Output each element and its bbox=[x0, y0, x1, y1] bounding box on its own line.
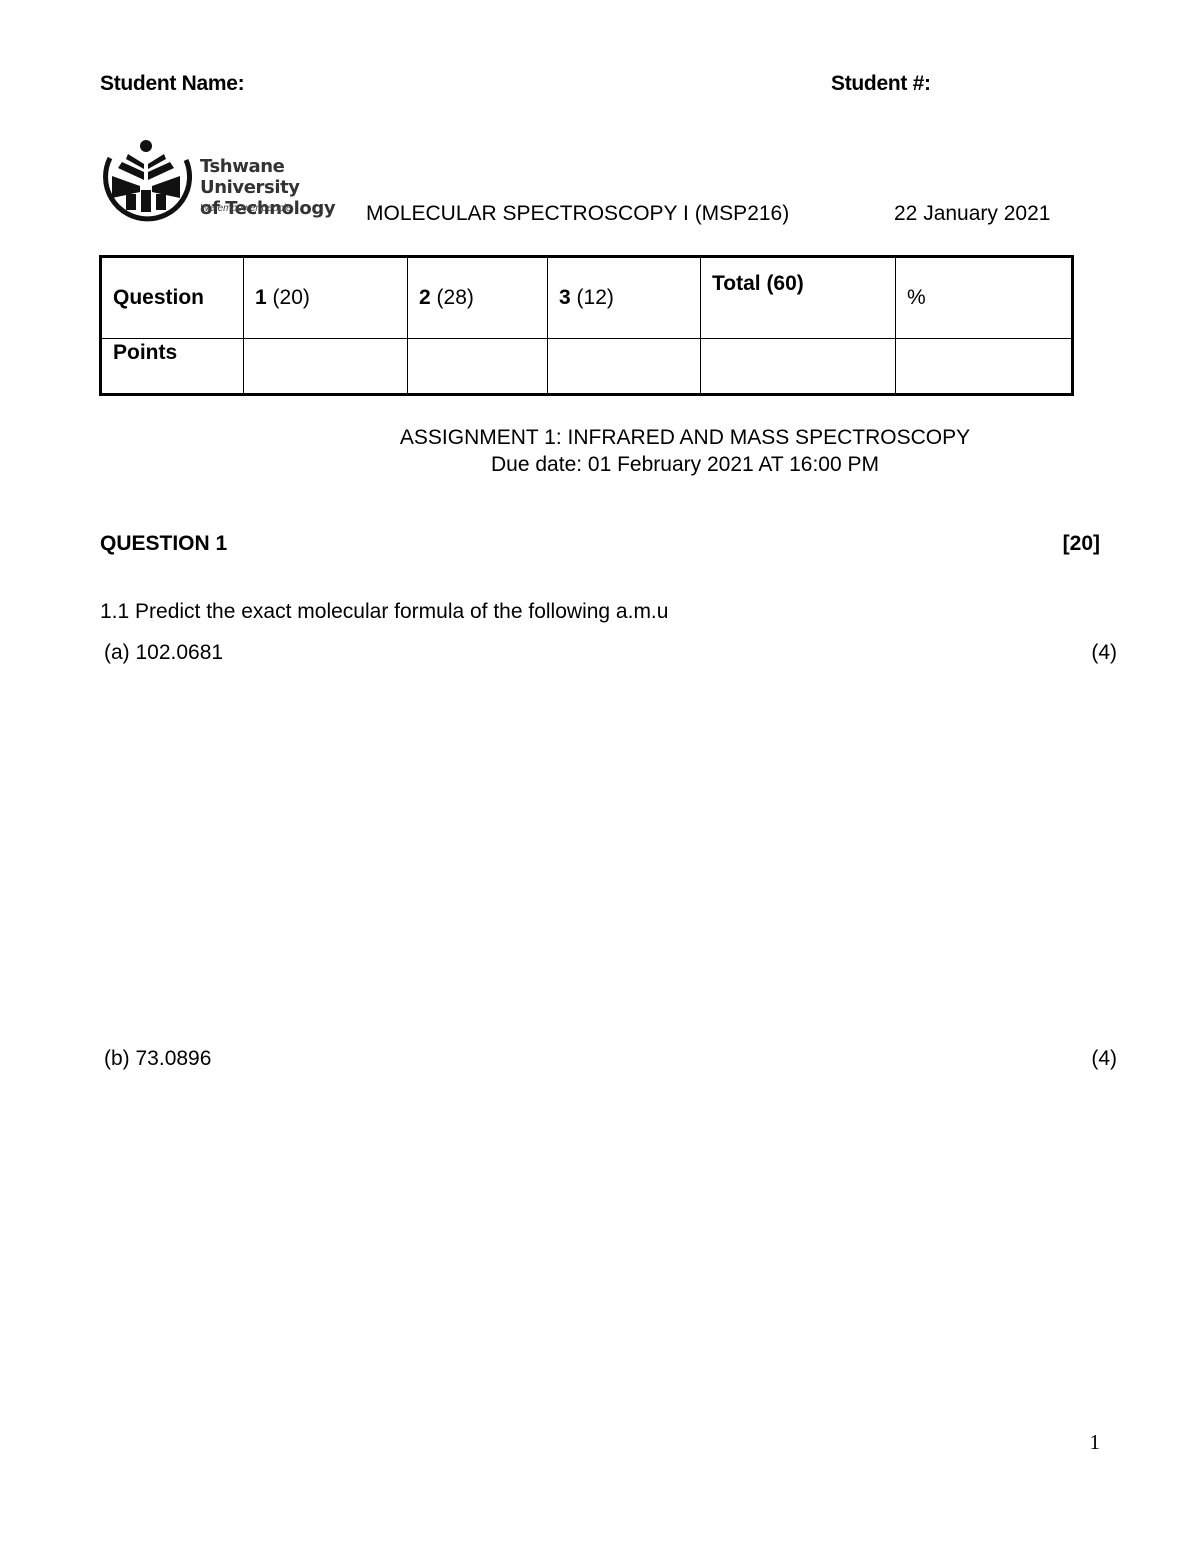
column-percent: % bbox=[896, 257, 1073, 339]
table-row: Points bbox=[101, 339, 1073, 395]
part-b-label: (b) 73.0896 bbox=[104, 1047, 211, 1071]
column-total: Total (60) bbox=[701, 257, 896, 339]
marks-table: Question 1 (20) 2 (28) 3 (12) Total (60)… bbox=[99, 255, 1074, 396]
points-cell-q1 bbox=[244, 339, 408, 395]
assignment-heading: ASSIGNMENT 1: INFRARED AND MASS SPECTROS… bbox=[300, 424, 1070, 478]
university-logo: Tshwane University of Technology We empo… bbox=[100, 138, 380, 228]
part-a-label: (a) 102.0681 bbox=[104, 641, 223, 665]
row-label-points: Points bbox=[101, 339, 244, 395]
row-label-question: Question bbox=[101, 257, 244, 339]
column-q2: 2 (28) bbox=[408, 257, 548, 339]
due-date: Due date: 01 February 2021 AT 16:00 PM bbox=[300, 451, 1070, 478]
points-cell-q3 bbox=[548, 339, 701, 395]
question-total-marks: [20] bbox=[1063, 532, 1100, 556]
column-q3: 3 (12) bbox=[548, 257, 701, 339]
points-cell-q2 bbox=[408, 339, 548, 395]
part-b-marks: (4) bbox=[1091, 1047, 1117, 1071]
question-prompt: 1.1 Predict the exact molecular formula … bbox=[100, 600, 668, 624]
assignment-title: ASSIGNMENT 1: INFRARED AND MASS SPECTROS… bbox=[300, 424, 1070, 451]
column-q1: 1 (20) bbox=[244, 257, 408, 339]
student-name-label: Student Name: bbox=[100, 72, 244, 96]
page-number: 1 bbox=[1090, 1430, 1101, 1455]
student-number-label: Student #: bbox=[831, 72, 931, 96]
logo-tagline: We empower people bbox=[200, 203, 292, 214]
tut-crest-icon bbox=[100, 138, 192, 226]
table-row: Question 1 (20) 2 (28) 3 (12) Total (60)… bbox=[101, 257, 1073, 339]
question-title: QUESTION 1 bbox=[100, 532, 227, 556]
course-title: MOLECULAR SPECTROSCOPY I (MSP216) bbox=[366, 202, 789, 226]
part-a-marks: (4) bbox=[1091, 641, 1117, 665]
points-cell-total bbox=[701, 339, 896, 395]
exam-date: 22 January 2021 bbox=[894, 202, 1050, 226]
points-cell-percent bbox=[896, 339, 1073, 395]
